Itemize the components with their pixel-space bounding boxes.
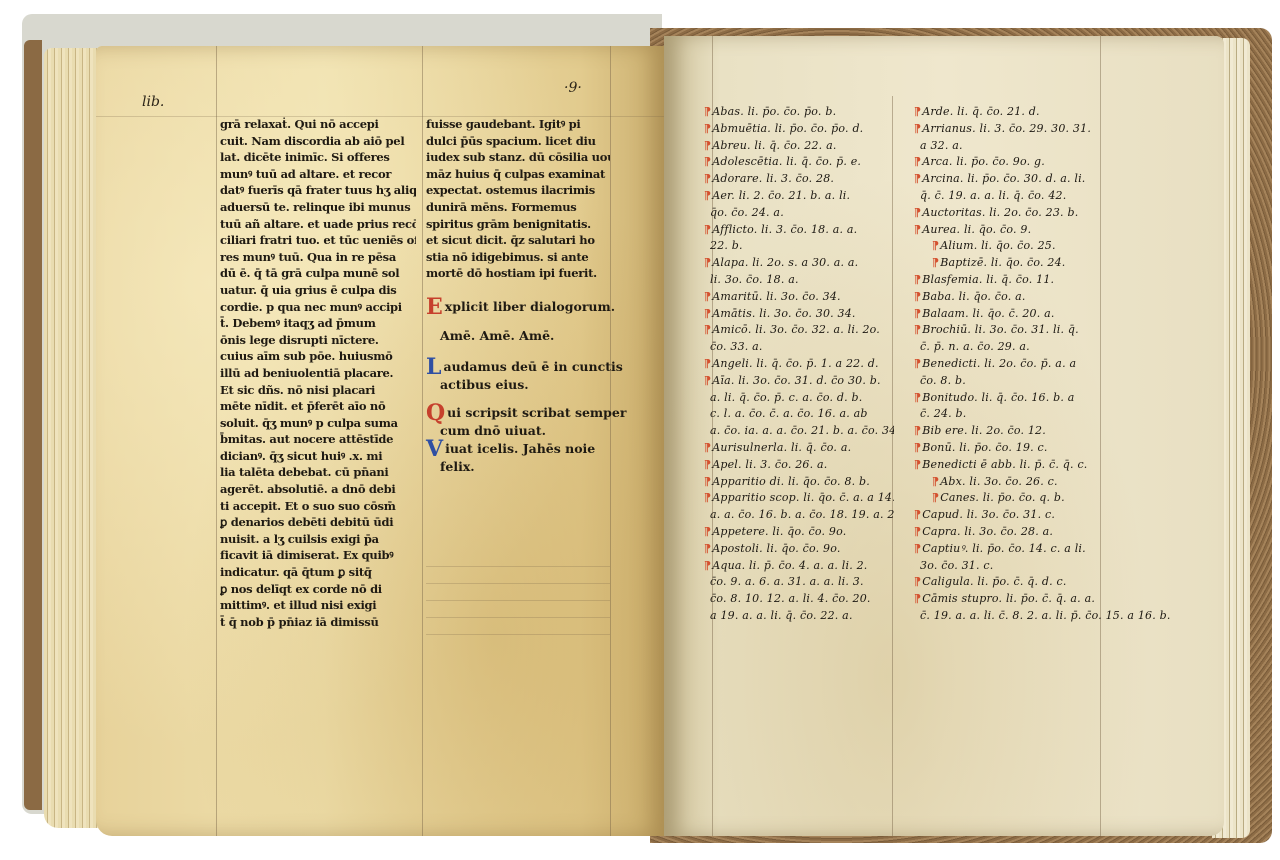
paraph-mark: ⁋ [932, 256, 939, 269]
rubric-vivat: Viuat icelis. Jahēs noie [426, 440, 610, 458]
index-continuation: 3o. c̄o. 31. c. [914, 558, 1194, 575]
text-line: mēte nīdit. et p̄ferēt aīo nō [220, 398, 416, 415]
paraph-mark: ⁋ [914, 592, 921, 605]
text-line: dū ē. q̄ tā grā culpa munē sol [220, 265, 416, 282]
paraph-mark: ⁋ [914, 122, 921, 135]
rubric-continuation: actibus eius. [426, 376, 610, 394]
text-line: cordie. p qua nec munꝰ accipi [220, 299, 416, 316]
paraph-mark: ⁋ [704, 441, 711, 454]
index-entry: ⁋Balaam. li. q̄o. c̄. 20. a. [914, 306, 1194, 323]
index-entry: ⁋Aqua. li. p̄. c̄o. 4. a. a. li. 2. [704, 558, 894, 575]
text-line: t̄ q̄ nob p̄ pn̄iaz iā dimissū [220, 614, 416, 631]
text-line: res munꝰ tuū. Qua in re pēsa [220, 249, 416, 266]
index-subentry: ⁋Abx. li. 3o. c̄o. 26. c. [914, 474, 1194, 491]
text-line: munꝰ tuū ad altare. et recor [220, 166, 416, 183]
index-continuation: c̄o. 33. a. [704, 339, 894, 356]
paraph-mark: ⁋ [914, 155, 921, 168]
ruling-line [426, 617, 610, 618]
index-continuation: q̄. c̄. 19. a. a. li. q̄. c̄o. 42. [914, 188, 1194, 205]
index-entry: ⁋Aurisulnerla. li. q̄. c̄o. a. [704, 440, 894, 457]
text-line: aduersū te. relinque ibi munus [220, 199, 416, 216]
text-line: b̄mitas. aut nocere attēstīde [220, 431, 416, 448]
index-continuation: c̄. 19. a. a. li. c̄. 8. 2. a. li. p̄. c… [914, 608, 1194, 625]
index-continuation: li. 3o. c̄o. 18. a. [704, 272, 894, 289]
paraph-mark: ⁋ [704, 256, 711, 269]
index-entry: ⁋Capra. li. 3o. c̄o. 28. a. [914, 524, 1194, 541]
paraph-mark: ⁋ [704, 374, 711, 387]
rubric-continuation: felix. [426, 458, 610, 476]
rubric-laudamus: Laudamus deū ē in cunctis [426, 358, 610, 376]
ruling-line [426, 634, 610, 635]
rubric-qui-scripsit: Qui scripsit scribat semper [426, 404, 610, 422]
index-column-b: ⁋Arde. li. q̄. c̄o. 21. d. ⁋Arrianus. li… [914, 104, 1194, 625]
paraph-mark: ⁋ [704, 307, 711, 320]
index-continuation: c̄. 24. b. [914, 406, 1194, 423]
paraph-mark: ⁋ [704, 223, 711, 236]
text-line: grā relaxaṫ. Qui nō accepi [220, 116, 416, 133]
index-continuation: c̄o. 8. b. [914, 373, 1194, 390]
index-entry: ⁋Brochiū. li. 3o. c̄o. 31. li. q̄. [914, 322, 1194, 339]
paraph-mark: ⁋ [914, 458, 921, 471]
paraph-mark: ⁋ [914, 273, 921, 286]
text-column-b: fuisse gaudebant. Igitꝰ pi dulci p̄ūs sp… [426, 116, 610, 476]
paraph-mark: ⁋ [704, 155, 711, 168]
text-line: tuū añ altare. et uade prius recō [220, 216, 416, 233]
text-line: agerēt. absolutiē. a dnō debi [220, 481, 416, 498]
text-line: datꝰ fuerīs qā frater tuus hʒ aliqd [220, 182, 416, 199]
text-line: Et sic dñs. nō nisi placari [220, 382, 416, 399]
paraph-mark: ⁋ [914, 508, 921, 521]
index-entry: ⁋Amātis. li. 3o. c̄o. 30. 34. [704, 306, 894, 323]
index-entry: ⁋Afflicto. li. 3. c̄o. 18. a. a. [704, 222, 894, 239]
text-line: illū ad beniuolentiā placare. [220, 365, 416, 382]
paraph-mark: ⁋ [914, 424, 921, 437]
text-line: ōnis lege disrupti nīctere. [220, 332, 416, 349]
index-entry: ⁋Bonitudo. li. q̄. c̄o. 16. b. a [914, 390, 1194, 407]
index-entry: ⁋Abmuētia. li. p̄o. c̄o. p̄o. d. [704, 121, 894, 138]
text-line: cuius aīm sub pōe. huiusmō [220, 348, 416, 365]
paraph-mark: ⁋ [704, 458, 711, 471]
text-line: iudex sub stanz. dū cōsilia uoue [426, 149, 610, 166]
rubric-text: iuat icelis. Jahēs noie [445, 441, 595, 456]
paraph-mark: ⁋ [704, 323, 711, 336]
index-continuation: a 19. a. a. li. q̄. c̄o. 22. a. [704, 608, 894, 625]
paraph-mark: ⁋ [704, 290, 711, 303]
paraph-mark: ⁋ [704, 525, 711, 538]
paraph-mark: ⁋ [704, 491, 711, 504]
text-column-a: grā relaxaṫ. Qui nō accepi cuit. Nam dis… [220, 116, 416, 630]
index-entry: ⁋Benedicti ē abb. li. p̄. c̄. q̄. c. [914, 457, 1194, 474]
text-line: dulci p̄ūs spacium. licet diu [426, 133, 610, 150]
paraph-mark: ⁋ [914, 323, 921, 336]
text-line: soluit. q̄ʒ munꝰ p culpa suma [220, 415, 416, 432]
text-line: et sicut dicit. q̄z salutari ho [426, 232, 610, 249]
left-page: lib. ·9· grā relaxaṫ. Qui nō accepi cuit… [96, 46, 666, 836]
paraph-mark: ⁋ [704, 139, 711, 152]
paraph-mark: ⁋ [914, 357, 921, 370]
text-line: stia nō idigebimus. si ante [426, 249, 610, 266]
index-entry: ⁋Amicō. li. 3o. c̄o. 32. a. li. 2o. [704, 322, 894, 339]
index-subentry: ⁋Baptizē. li. q̄o. c̄o. 24. [914, 255, 1194, 272]
paraph-mark: ⁋ [914, 206, 921, 219]
text-line: ciliari fratri tuo. et tūc ueniēs offe [220, 232, 416, 249]
index-continuation: a 32. a. [914, 138, 1194, 155]
paraph-mark: ⁋ [704, 475, 711, 488]
index-continuation: a. c̄o. ia. a. a. c̄o. 21. b. a. c̄o. 34… [704, 423, 894, 440]
index-entry: ⁋Apostoli. li. q̄o. c̄o. 9o. [704, 541, 894, 558]
text-line: ꝑ nos delīqt ex corde nō di [220, 581, 416, 598]
text-line: māz huius q̄ culpas examinat [426, 166, 610, 183]
index-entry: ⁋Caligula. li. p̄o. c̄. q̄. d. c. [914, 574, 1194, 591]
index-entry: ⁋Bonū. li. p̄o. c̄o. 19. c. [914, 440, 1194, 457]
ruling-line [426, 600, 610, 601]
index-entry: ⁋Alapa. li. 2o. s. a 30. a. a. [704, 255, 894, 272]
paraph-mark: ⁋ [932, 475, 939, 488]
text-line: ficavit iā dimiserat. Ex quibꝰ [220, 547, 416, 564]
index-entry: ⁋Capud. li. 3o. c̄o. 31. c. [914, 507, 1194, 524]
index-subentry: ⁋Alium. li. q̄o. c̄o. 25. [914, 238, 1194, 255]
rubric-explicit: Explicit liber dialogorum. [426, 292, 610, 321]
index-entry: ⁋Aer. li. 2. c̄o. 21. b. a. li. [704, 188, 894, 205]
paraph-mark: ⁋ [704, 172, 711, 185]
top-mark: ·9· [564, 80, 582, 96]
text-line: mortē dō hostiam ipi fuerit. [426, 265, 610, 282]
paraph-mark: ⁋ [914, 105, 921, 118]
index-entry: ⁋Aīa. li. 3o. c̄o. 31. d. c̄o 30. b. [704, 373, 894, 390]
text-line: ti accepit. Et o suo suo cōsm̄ [220, 498, 416, 515]
paraph-mark: ⁋ [914, 441, 921, 454]
index-entry: ⁋Apparitio scop. li. q̄o. c̄. a. a 14. [704, 490, 894, 507]
index-entry: ⁋Baba. li. q̄o. c̄o. a. [914, 289, 1194, 306]
text-line: dunirā mēns. Formemus [426, 199, 610, 216]
index-entry: ⁋Cāmis stupro. li. p̄o. c̄. q̄. a. a. [914, 591, 1194, 608]
text-line: lia talēta debebat. cū pn̄ani [220, 464, 416, 481]
index-continuation: q̄o. c̄o. 24. a. [704, 205, 894, 222]
ruling-line [610, 46, 611, 836]
paraph-mark: ⁋ [914, 391, 921, 404]
paraph-mark: ⁋ [914, 525, 921, 538]
paraph-mark: ⁋ [704, 542, 711, 555]
index-entry: ⁋Captiuꝰ. li. p̄o. c̄o. 14. c. a li. [914, 541, 1194, 558]
index-entry: ⁋Arde. li. q̄. c̄o. 21. d. [914, 104, 1194, 121]
right-page: ⁋Abas. li. p̄o. c̄o. p̄o. b. ⁋Abmuētia. … [664, 36, 1224, 836]
index-column-a: ⁋Abas. li. p̄o. c̄o. p̄o. b. ⁋Abmuētia. … [704, 104, 894, 625]
index-entry: ⁋Auctoritas. li. 2o. c̄o. 23. b. [914, 205, 1194, 222]
index-entry: ⁋Arcina. li. p̄o. c̄o. 30. d. a. li. [914, 171, 1194, 188]
index-subentry: ⁋Canes. li. p̄o. c̄o. q. b. [914, 490, 1194, 507]
paraph-mark: ⁋ [914, 542, 921, 555]
index-entry: ⁋Abas. li. p̄o. c̄o. p̄o. b. [704, 104, 894, 121]
index-entry: ⁋Abreu. li. q̄. c̄o. 22. a. [704, 138, 894, 155]
paraph-mark: ⁋ [704, 357, 711, 370]
rubric-amen: Amē. Amē. Amē. [426, 321, 610, 350]
left-board-edge [24, 40, 42, 810]
index-continuation: c̄o. 8. 10. 12. a. li. 4. c̄o. 20. [704, 591, 894, 608]
text-line: expectat. ostemus ilacrimis [426, 182, 610, 199]
text-line: mittimꝰ. et illud nisi exigi [220, 597, 416, 614]
folio-mark: lib. [142, 94, 164, 110]
text-line: lat. dicēte inimīc. Si offeres [220, 149, 416, 166]
paraph-mark: ⁋ [704, 122, 711, 135]
rubric-text: audamus deū ē in cunctis [443, 359, 622, 374]
index-continuation: a. li. q̄. c̄o. p̄. c. a. c̄o. d. b. [704, 390, 894, 407]
ruling-line [216, 46, 217, 836]
text-line: t̄. Debemꝰ itaqʒ ad p̄mum [220, 315, 416, 332]
ruling-line [426, 566, 610, 567]
index-entry: ⁋Apel. li. 3. c̄o. 26. a. [704, 457, 894, 474]
paraph-mark: ⁋ [704, 559, 711, 572]
index-entry: ⁋Angeli. li. q̄. c̄o. p̄. 1. a 22. d. [704, 356, 894, 373]
ruling-line [426, 583, 610, 584]
index-continuation: c̄. p̄. n. a. c̄o. 29. a. [914, 339, 1194, 356]
index-entry: ⁋Apparitio di. li. q̄o. c̄o. 8. b. [704, 474, 894, 491]
paraph-mark: ⁋ [914, 223, 921, 236]
index-continuation: c. l. a. c̄o. c̄. a. c̄o. 16. a. ab [704, 406, 894, 423]
paraph-mark: ⁋ [932, 239, 939, 252]
index-entry: ⁋Benedicti. li. 2o. c̄o. p̄. a. a [914, 356, 1194, 373]
rubric-text: Amē. Amē. Amē. [440, 328, 554, 343]
text-line: nuisit. a lʒ cuilsis exigi p̄a [220, 531, 416, 548]
index-entry: ⁋Adorare. li. 3. c̄o. 28. [704, 171, 894, 188]
text-line: fuisse gaudebant. Igitꝰ pi [426, 116, 610, 133]
rubric-text: xplicit liber dialogorum. [445, 299, 615, 314]
text-line: indicatur. qā q̄tum ꝑ sitq̄ [220, 564, 416, 581]
text-line: uatur. q̄ uia grius ē culpa dis [220, 282, 416, 299]
index-continuation: a. a. c̄o. 16. b. a. c̄o. 18. 19. a. 21. [704, 507, 894, 524]
index-entry: ⁋Adolescētia. li. q̄. c̄o. p̄. e. [704, 154, 894, 171]
text-line: dicianꝰ. q̄ʒ sicut huiꝰ .x. mi [220, 448, 416, 465]
index-entry: ⁋Blasfemia. li. q̄. c̄o. 11. [914, 272, 1194, 289]
paraph-mark: ⁋ [704, 189, 711, 202]
red-initial: E [426, 294, 443, 320]
colophon: Explicit liber dialogorum. Amē. Amē. Amē… [426, 292, 610, 476]
index-entry: ⁋Arca. li. p̄o. c̄o. 9o. g. [914, 154, 1194, 171]
paraph-mark: ⁋ [704, 105, 711, 118]
paraph-mark: ⁋ [914, 290, 921, 303]
paraph-mark: ⁋ [914, 575, 921, 588]
index-continuation: c̄o. 9. a. 6. a. 31. a. a. li. 3. [704, 574, 894, 591]
ruling-line [422, 46, 423, 836]
text-line: cuit. Nam discordia ab aiō pel [220, 133, 416, 150]
text-line: ꝑ denarios debēti debitū ūdi [220, 514, 416, 531]
paraph-mark: ⁋ [932, 491, 939, 504]
rubric-continuation: cum dnō uiuat. [426, 422, 610, 440]
index-entry: ⁋Bib ere. li. 2o. c̄o. 12. [914, 423, 1194, 440]
index-entry: ⁋Amaritū. li. 3o. c̄o. 34. [704, 289, 894, 306]
index-entry: ⁋Aurea. li. q̄o. c̄o. 9. [914, 222, 1194, 239]
index-entry: ⁋Appetere. li. q̄o. c̄o. 9o. [704, 524, 894, 541]
index-entry: ⁋Arrianus. li. 3. c̄o. 29. 30. 31. [914, 121, 1194, 138]
index-continuation: 22. b. [704, 238, 894, 255]
rubric-text: ui scripsit scribat semper [447, 405, 626, 420]
text-line: spiritus grām benignitatis. [426, 216, 610, 233]
paraph-mark: ⁋ [914, 307, 921, 320]
paraph-mark: ⁋ [914, 172, 921, 185]
